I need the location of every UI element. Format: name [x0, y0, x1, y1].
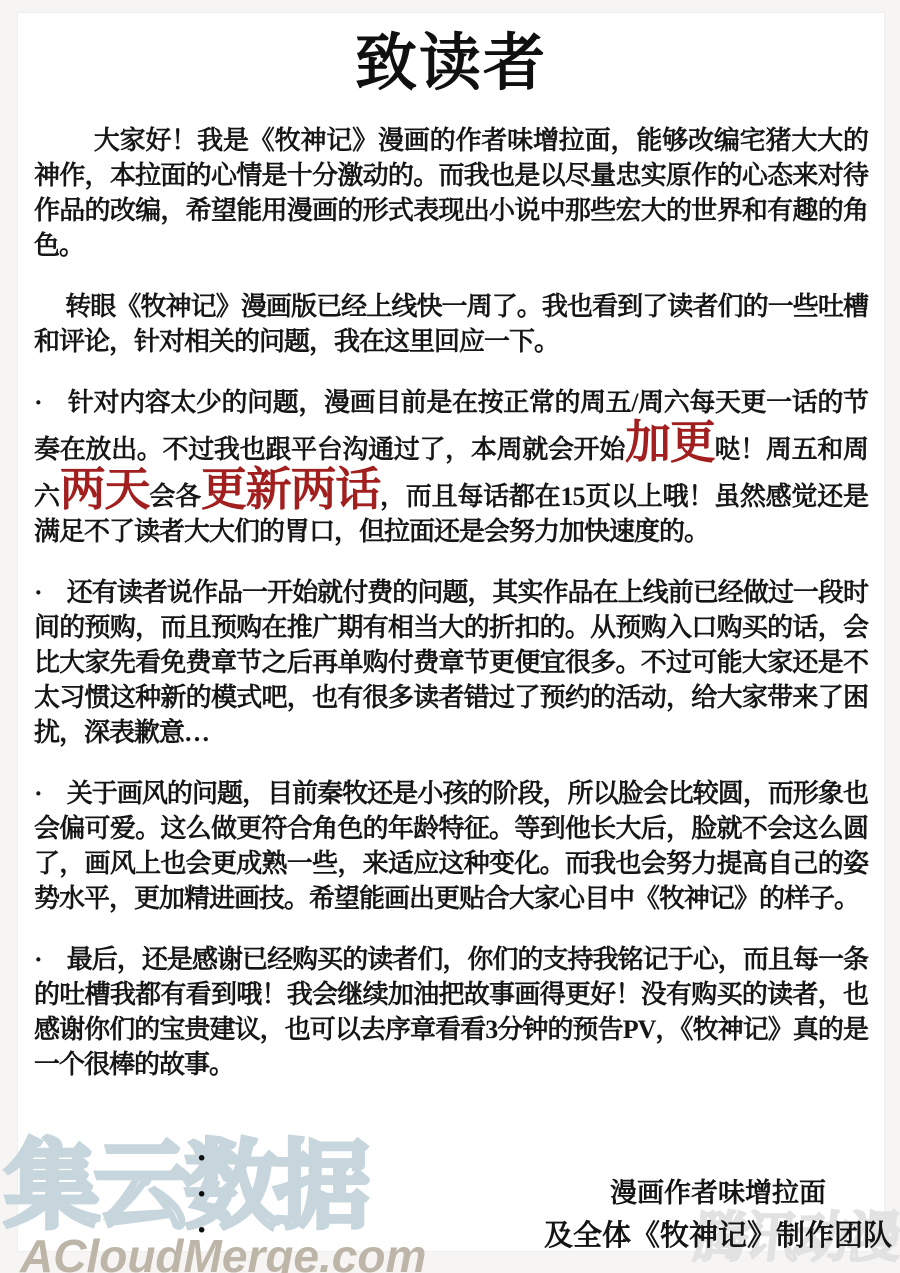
ellipsis-dot: · — [196, 1141, 207, 1177]
body-text: · 还有读者说作品一开始就付费的问题，其实作品在上线前已经做过一段时间的预购，而… — [34, 578, 868, 747]
emphasis-red-text: 两天 — [60, 464, 150, 515]
signature-block: 漫画作者味增拉面 及全体《牧神记》制作团队 — [538, 1176, 898, 1253]
page-title: 致读者 — [18, 29, 884, 99]
signature-team: 及全体《牧神记》制作团队 — [538, 1219, 898, 1253]
emphasis-red-text: 加更 — [625, 417, 714, 468]
signature-author: 漫画作者味增拉面 — [538, 1176, 898, 1210]
paragraph-context: 转眼《牧神记》漫画版已经上线快一周了。我也看到了读者们的一些吐槽和评论，针对相关… — [34, 289, 868, 359]
watermark-brand-en: ACloudMerge.com — [20, 1231, 426, 1273]
body-text: 会各 — [149, 482, 201, 511]
paragraph-pricing: · 还有读者说作品一开始就付费的问题，其实作品在上线前已经做过一段时间的预购，而… — [34, 575, 868, 750]
ellipsis-dot: · — [196, 1177, 207, 1213]
ellipsis-dots: ··· — [196, 1141, 207, 1249]
body-text: 转眼《牧神记》漫画版已经上线快一周了。我也看到了读者们的一些吐槽和评论，针对相关… — [34, 292, 868, 356]
ellipsis-dot: · — [196, 1213, 207, 1249]
paragraph-thanks: · 最后，还是感谢已经购买的读者们，你们的支持我铭记于心，而且每一条的吐槽我都有… — [34, 942, 868, 1082]
paragraph-update-schedule: · 针对内容太少的问题，漫画目前是在按正常的周五/周六每天更一话的节奏在放出。不… — [34, 385, 868, 549]
page-background: 集云数据 ACloudMerge.com 腾讯动漫 致读者 大家好！我是《牧神记… — [0, 0, 900, 1273]
body-text: · 最后，还是感谢已经购买的读者们，你们的支持我铭记于心，而且每一条的吐槽我都有… — [34, 945, 868, 1079]
body-text: · 关于画风的问题，目前秦牧还是小孩的阶段，所以脸会比较圆，而形象也会偏可爱。这… — [34, 779, 868, 913]
letter-body: 大家好！我是《牧神记》漫画的作者味增拉面，能够改编宅猪大大的神作，本拉面的心情是… — [18, 99, 884, 1082]
paragraph-art-style: · 关于画风的问题，目前秦牧还是小孩的阶段，所以脸会比较圆，而形象也会偏可爱。这… — [34, 776, 868, 916]
paragraph-intro: 大家好！我是《牧神记》漫画的作者味增拉面，能够改编宅猪大大的神作，本拉面的心情是… — [34, 123, 868, 263]
letter-sheet: 集云数据 ACloudMerge.com 腾讯动漫 致读者 大家好！我是《牧神记… — [17, 12, 885, 1252]
emphasis-red-text: 更新两话 — [201, 464, 380, 515]
watermark-brand-cn: 集云数据 — [4, 1137, 364, 1237]
body-text: 大家好！我是《牧神记》漫画的作者味增拉面，能够改编宅猪大大的神作，本拉面的心情是… — [34, 126, 868, 260]
